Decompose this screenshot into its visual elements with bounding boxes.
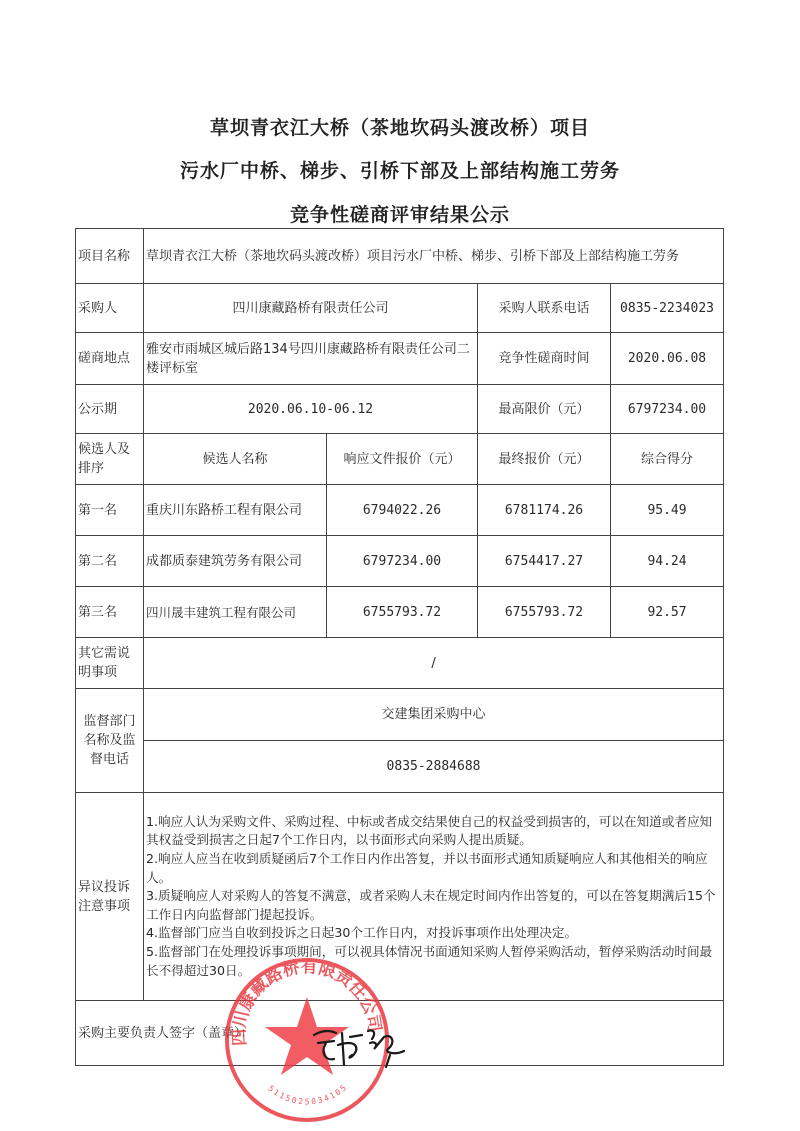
objection-item: 4.监督部门应当自收到投诉之日起30个工作日内，对投诉事项作出处理决定。 (146, 924, 721, 943)
candidate-row: 第一名 重庆川东路桥工程有限公司 6794022.26 6781174.26 9… (76, 485, 724, 536)
result-table: 项目名称 草坝青衣江大桥（茶地坎码头渡改桥）项目污水厂中桥、梯步、引桥下部及上部… (75, 228, 724, 1066)
candidate-row: 第三名 四川晟丰建筑工程有限公司 6755793.72 6755793.72 9… (76, 587, 724, 638)
project-name-row: 项目名称 草坝青衣江大桥（茶地坎码头渡改桥）项目污水厂中桥、梯步、引桥下部及上部… (76, 229, 724, 284)
negotiation-time-label: 竞争性磋商时间 (478, 333, 611, 385)
location-label: 磋商地点 (76, 333, 144, 385)
purchaser-label: 采购人 (76, 284, 144, 333)
candidates-score-header: 综合得分 (611, 434, 724, 485)
candidate-score: 95.49 (611, 485, 724, 536)
purchaser-phone-value: 0835-2234023 (611, 284, 724, 333)
candidate-score: 94.24 (611, 536, 724, 587)
candidate-response-price: 6794022.26 (327, 485, 478, 536)
other-label: 其它需说明事项 (76, 638, 144, 689)
signature-label: 采购主要负责人签字（盖章）： (76, 1001, 724, 1066)
publicity-period-value: 2020.06.10-06.12 (144, 385, 478, 434)
candidate-name: 四川晟丰建筑工程有限公司 (144, 587, 327, 638)
supervision-phone-row: 0835-2884688 (76, 741, 724, 793)
candidate-name: 成都质泰建筑劳务有限公司 (144, 536, 327, 587)
purchaser-phone-label: 采购人联系电话 (478, 284, 611, 333)
candidate-rank: 第三名 (76, 587, 144, 638)
objection-item: 1.响应人认为采购文件、采购过程、中标或者成交结果使自己的权益受到损害的，可以在… (146, 813, 721, 850)
negotiation-time-value: 2020.06.08 (611, 333, 724, 385)
signature-row: 采购主要负责人签字（盖章）： (76, 1001, 724, 1066)
candidate-row: 第二名 成都质泰建筑劳务有限公司 6797234.00 6754417.27 9… (76, 536, 724, 587)
candidate-response-price: 6755793.72 (327, 587, 478, 638)
candidate-rank: 第一名 (76, 485, 144, 536)
document-title-line-2: 污水厂中桥、梯步、引桥下部及上部结构施工劳务 (0, 156, 800, 183)
max-price-value: 6797234.00 (611, 385, 724, 434)
svg-text:5115025034105: 5115025034105 (266, 1082, 349, 1106)
candidates-header-row: 候选人及排序 候选人名称 响应文件报价（元） 最终报价（元） 综合得分 (76, 434, 724, 485)
purchaser-row: 采购人 四川康藏路桥有限责任公司 采购人联系电话 0835-2234023 (76, 284, 724, 333)
purchaser-value: 四川康藏路桥有限责任公司 (144, 284, 478, 333)
supervision-phone: 0835-2884688 (144, 741, 724, 793)
publicity-row: 公示期 2020.06.10-06.12 最高限价（元） 6797234.00 (76, 385, 724, 434)
other-value: / (144, 638, 724, 689)
publicity-period-label: 公示期 (76, 385, 144, 434)
max-price-label: 最高限价（元） (478, 385, 611, 434)
supervision-row: 监督部门名称及监督电话 交建集团采购中心 (76, 689, 724, 741)
candidate-name: 重庆川东路桥工程有限公司 (144, 485, 327, 536)
objection-notes: 1.响应人认为采购文件、采购过程、中标或者成交结果使自己的权益受到损害的，可以在… (144, 793, 724, 1001)
supervision-department: 交建集团采购中心 (144, 689, 724, 741)
supervision-label: 监督部门名称及监督电话 (76, 689, 144, 793)
document-title-line-3: 竞争性磋商评审结果公示 (0, 200, 800, 227)
candidate-final-price: 6781174.26 (478, 485, 611, 536)
candidates-rank-header: 候选人及排序 (76, 434, 144, 485)
objection-item: 3.质疑响应人对采购人的答复不满意，或者采购人未在规定时间内作出答复的，可以在答… (146, 887, 721, 924)
project-name-value: 草坝青衣江大桥（茶地坎码头渡改桥）项目污水厂中桥、梯步、引桥下部及上部结构施工劳… (144, 229, 724, 284)
document-title-line-1: 草坝青衣江大桥（茶地坎码头渡改桥）项目 (0, 113, 800, 140)
candidate-response-price: 6797234.00 (327, 536, 478, 587)
objection-item: 2.响应人应当在收到质疑函后7个工作日内作出答复，并以书面形式通知质疑响应人和其… (146, 850, 721, 887)
project-name-label: 项目名称 (76, 229, 144, 284)
candidate-rank: 第二名 (76, 536, 144, 587)
other-row: 其它需说明事项 / (76, 638, 724, 689)
candidates-response-price-header: 响应文件报价（元） (327, 434, 478, 485)
location-value: 雅安市雨城区城后路134号四川康藏路桥有限责任公司二楼评标室 (144, 333, 478, 385)
candidates-name-header: 候选人名称 (144, 434, 327, 485)
candidate-final-price: 6755793.72 (478, 587, 611, 638)
candidate-score: 92.57 (611, 587, 724, 638)
objection-item: 5.监督部门在处理投诉事项期间，可以视具体情况书面通知采购人暂停采购活动，暂停采… (146, 943, 721, 980)
candidates-final-price-header: 最终报价（元） (478, 434, 611, 485)
candidate-final-price: 6754417.27 (478, 536, 611, 587)
location-row: 磋商地点 雅安市雨城区城后路134号四川康藏路桥有限责任公司二楼评标室 竞争性磋… (76, 333, 724, 385)
objection-label: 异议投诉注意事项 (76, 793, 144, 1001)
objection-row: 异议投诉注意事项 1.响应人认为采购文件、采购过程、中标或者成交结果使自己的权益… (76, 793, 724, 1001)
